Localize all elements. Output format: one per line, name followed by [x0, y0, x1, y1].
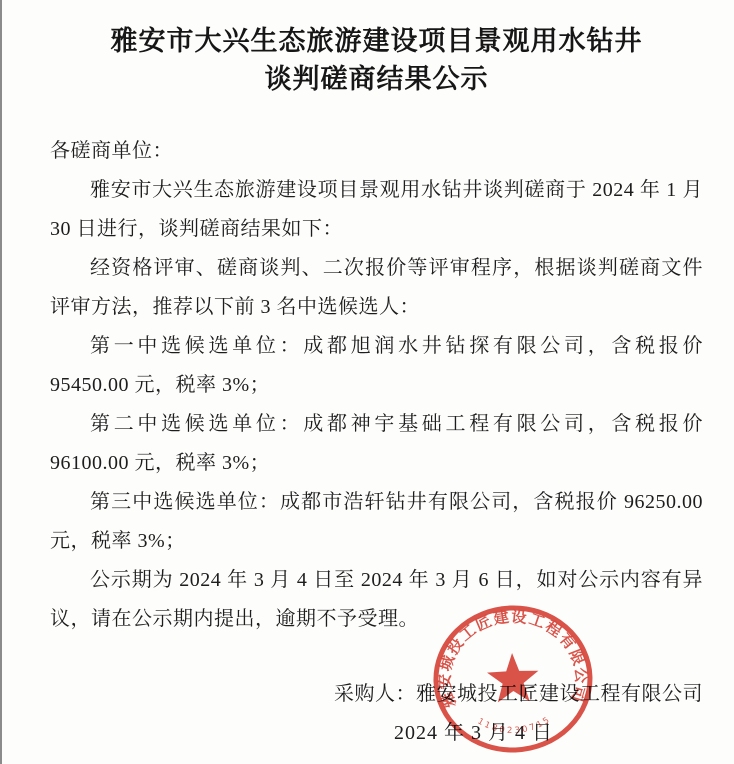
salutation: 各磋商单位： — [50, 132, 703, 171]
paragraph-review-process: 经资格评审、磋商谈判、二次报价等评审程序，根据谈判磋商文件评审方法，推荐以下前 … — [50, 249, 703, 327]
scan-edge-artifact — [0, 0, 2, 764]
document-title: 雅安市大兴生态旅游建设项目景观用水钻井 谈判磋商结果公示 — [50, 22, 703, 98]
scanned-notice-page: { "document": { "title_lines": [ "雅安市大兴生… — [0, 0, 734, 764]
purchaser-signature-line: 采购人：雅安城投工匠建设工程有限公司 — [50, 675, 703, 714]
document-body: 各磋商单位： 雅安市大兴生态旅游建设项目景观用水钻井谈判磋商于 2024 年 1… — [50, 132, 703, 639]
title-line-2: 谈判磋商结果公示 — [50, 60, 703, 98]
paragraph-intro: 雅安市大兴生态旅游建设项目景观用水钻井谈判磋商于 2024 年 1 月 30 日… — [50, 171, 703, 249]
paragraph-candidate-2: 第二中选候选单位：成都神宇基础工程有限公司，含税报价 96100.00 元，税率… — [50, 405, 703, 483]
paragraph-publicity-period: 公示期为 2024 年 3 月 4 日至 2024 年 3 月 6 日，如对公示… — [50, 561, 703, 639]
notice-document: 雅安市大兴生态旅游建设项目景观用水钻井 谈判磋商结果公示 各磋商单位： 雅安市大… — [0, 0, 734, 753]
title-line-1: 雅安市大兴生态旅游建设项目景观用水钻井 — [50, 22, 703, 60]
paragraph-candidate-3: 第三中选候选单位：成都市浩轩钻井有限公司，含税报价 96250.00 元，税率 … — [50, 483, 703, 561]
paragraph-candidate-1: 第一中选候选单位：成都旭润水井钻探有限公司，含税报价 95450.00 元，税率… — [50, 327, 703, 405]
signature-date: 2024 年 3 月 4 日 — [50, 714, 703, 753]
